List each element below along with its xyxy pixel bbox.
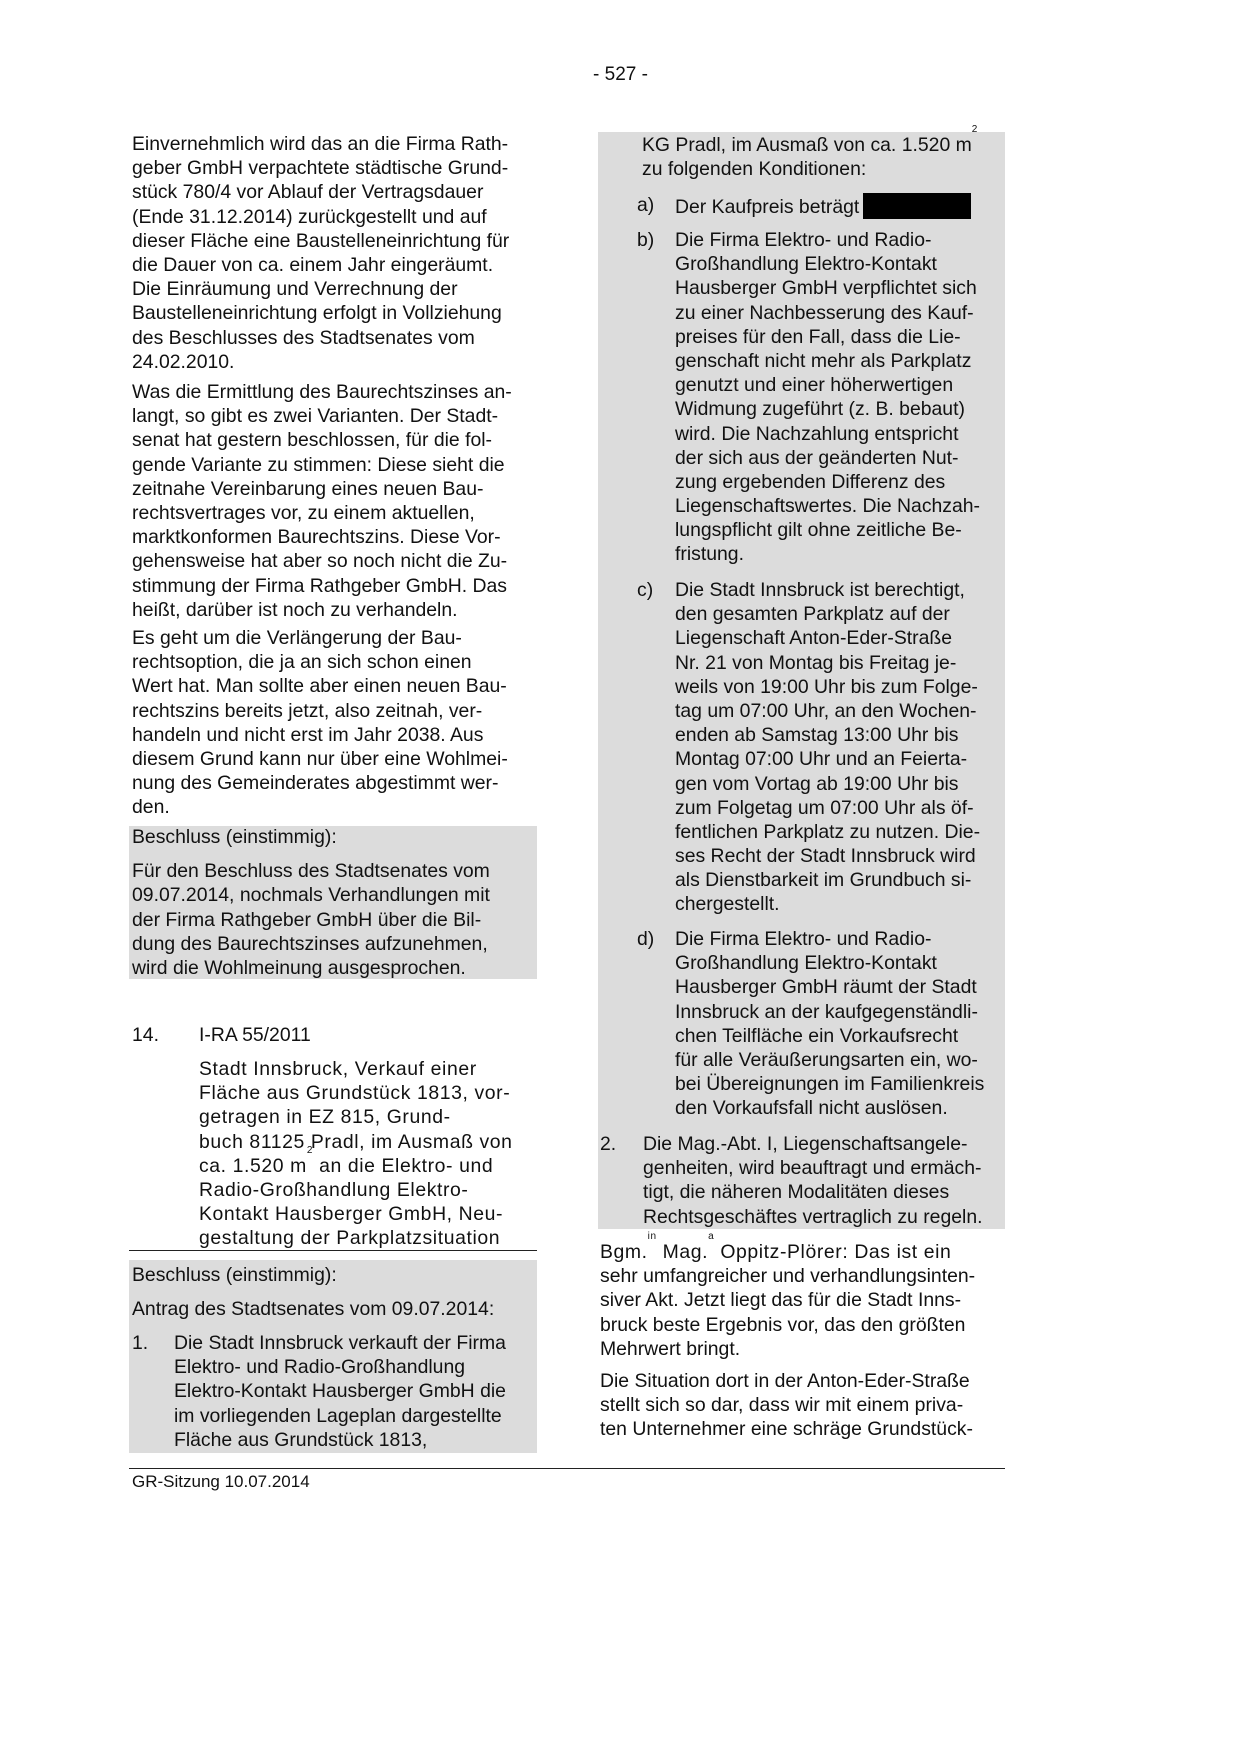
point-2: Die Mag.-Abt. I, Liegenschaftsangele- ge… [643, 1132, 983, 1229]
title-underline [129, 1250, 537, 1251]
agenda-item-number: 14. [132, 1023, 159, 1047]
text-line: zum Folgetag um 07:00 Uhr als öf- [675, 796, 980, 820]
text-line: Was die Ermittlung des Baurechtszinses a… [132, 380, 512, 404]
text-line: Radio-Großhandlung Elektro- [199, 1178, 513, 1202]
text-line: Großhandlung Elektro-Kontakt [675, 252, 980, 276]
speech-paragraph: Bgm.in Mag.a Oppitz-Plörer: Das ist ein … [600, 1240, 975, 1361]
text-line: Die Firma Elektro- und Radio- [675, 927, 984, 951]
text-line: ten Unternehmer eine schräge Grundstück- [600, 1417, 973, 1441]
text-fragment: ca. 1.520 m [199, 1155, 307, 1177]
page-number: - 527 - [0, 64, 1241, 86]
superscript: 2 [972, 124, 978, 135]
condition-b: Die Firma Elektro- und Radio- Großhandlu… [675, 228, 980, 567]
speaker-text: Oppitz-Plörer: Das ist ein [714, 1241, 951, 1263]
text-line: zung ergebenden Differenz des [675, 470, 980, 494]
text-line: Die Mag.-Abt. I, Liegenschaftsangele- [643, 1132, 983, 1156]
resolution-intro: Antrag des Stadtsenates vom 09.07.2014: [132, 1297, 494, 1321]
text-line: gestaltung der Parkplatzsituation [199, 1226, 513, 1250]
text-line: der sich aus der geänderten Nut- [675, 446, 980, 470]
text-line: Elektro-Kontakt Hausberger GmbH die [174, 1379, 506, 1403]
text-line: wird die Wohlmeinung ausgesprochen. [132, 956, 490, 980]
text-line: rechtsoption, die ja an sich schon einen [132, 650, 508, 674]
text-line: Fläche aus Grundstück 1813, vor- [199, 1081, 513, 1105]
text-line: Baustelleneinrichtung erfolgt in Vollzie… [132, 301, 509, 325]
text-line: die Dauer von ca. einem Jahr eingeräumt. [132, 253, 509, 277]
speaker-line: Bgm.in Mag.a Oppitz-Plörer: Das ist ein [600, 1240, 975, 1264]
text-line: Liegenschaftswertes. Die Nachzah- [675, 494, 980, 518]
text-line: zu folgenden Konditionen: [642, 157, 977, 181]
text-line: weils von 19:00 Uhr bis zum Folge- [675, 675, 980, 699]
text-line: Fläche aus Grundstück 1813, [174, 1428, 506, 1452]
text-line: den. [132, 795, 508, 819]
text-line: 24.02.2010. [132, 350, 509, 374]
text-line: diesem Grund kann nur über eine Wohlmei- [132, 747, 508, 771]
text-line: getragen in EZ 815, Grund- [199, 1105, 513, 1129]
point-1-number: 1. [132, 1331, 148, 1355]
text-line: tigt, die näheren Modalitäten dieses [643, 1180, 983, 1204]
text-line: gen vom Vortag ab 19:00 Uhr bis [675, 772, 980, 796]
condition-c-label: c) [637, 578, 653, 602]
text-line: stück 780/4 vor Ablauf der Vertragsdauer [132, 180, 509, 204]
closing-paragraph: Die Situation dort in der Anton-Eder-Str… [600, 1369, 973, 1442]
text-line: chergestellt. [675, 892, 980, 916]
text-line: lungspflicht gilt ohne zeitliche Be- [675, 518, 980, 542]
text-line: stellt sich so dar, dass wir mit einem p… [600, 1393, 973, 1417]
text-line: zu einer Nachbesserung des Kauf- [675, 301, 980, 325]
text-line: der Firma Rathgeber GmbH über die Bil- [132, 908, 490, 932]
text-line: fentlichen Parkplatz zu nutzen. Die- [675, 820, 980, 844]
condition-a-label: a) [637, 193, 654, 217]
text-line: ses Recht der Stadt Innsbruck wird [675, 844, 980, 868]
text-line: Stadt Innsbruck, Verkauf einer [199, 1057, 513, 1081]
resolution-heading: Beschluss (einstimmig): [132, 1263, 494, 1287]
text-line: tag um 07:00 Uhr, an den Wochen- [675, 699, 980, 723]
agenda-item-reference: I-RA 55/2011 [199, 1023, 311, 1047]
text-line: Hausberger GmbH räumt der Stadt [675, 975, 984, 999]
left-paragraph-1: Einvernehmlich wird das an die Firma Rat… [132, 132, 509, 374]
text-line: dung des Baurechtszinses aufzunehmen, [132, 932, 490, 956]
text-line: langt, so gibt es zwei Varianten. Der St… [132, 404, 512, 428]
text-line: Der Kaufpreis beträgt [675, 193, 971, 217]
text-line: Rechtsgeschäftes vertraglich zu regeln. [643, 1205, 983, 1229]
text-line: rechtszins bereits jetzt, also zeitnah, … [132, 699, 508, 723]
text-line: Elektro- und Radio-Großhandlung [174, 1355, 506, 1379]
text-line: heißt, darüber ist noch zu verhandeln. [132, 598, 512, 622]
text-line: (Ende 31.12.2014) zurückgestellt und auf [132, 205, 509, 229]
text-line: wird. Die Nachzahlung entspricht [675, 422, 980, 446]
text-line: preises für den Fall, dass die Lie- [675, 325, 980, 349]
text-line: Für den Beschluss des Stadtsenates vom [132, 859, 490, 883]
superscript: in [648, 1231, 657, 1242]
footer-rule [129, 1468, 1005, 1469]
text-line: des Beschlusses des Stadtsenates vom [132, 326, 509, 350]
text-line: bei Übereignungen im Familienkreis [675, 1072, 984, 1096]
text-line: genutzt und einer höherwertigen [675, 373, 980, 397]
text-line: Widmung zugeführt (z. B. bebaut) [675, 397, 980, 421]
text-line: genheiten, wird beauftragt und ermäch- [643, 1156, 983, 1180]
text-line: Liegenschaft Anton-Eder-Straße [675, 626, 980, 650]
text-line: Montag 07:00 Uhr und an Feierta- [675, 747, 980, 771]
text-line: Es geht um die Verlängerung der Bau- [132, 626, 508, 650]
text-line: geber GmbH verpachtete städtische Grund- [132, 156, 509, 180]
text-line: Die Einräumung und Verrechnung der [132, 277, 509, 301]
text-line: dieser Fläche eine Baustelleneinrichtung… [132, 229, 509, 253]
text-fragment: Der Kaufpreis beträgt [675, 196, 859, 218]
text-line: stimmung der Firma Rathgeber GmbH. Das [132, 574, 512, 598]
condition-a: Der Kaufpreis beträgt [675, 193, 971, 217]
text-line: Kontakt Hausberger GmbH, Neu- [199, 1202, 513, 1226]
redaction-block [863, 193, 971, 219]
text-line: siver Akt. Jetzt liegt das für die Stadt… [600, 1288, 975, 1312]
text-line: Nr. 21 von Montag bis Freitag je- [675, 651, 980, 675]
left-paragraph-3: Es geht um die Verlängerung der Bau- rec… [132, 626, 508, 820]
text-line: Innsbruck an der kaufgegenständli- [675, 1000, 984, 1024]
condition-b-label: b) [637, 228, 654, 252]
text-line: bruck beste Ergebnis vor, das den größte… [600, 1313, 975, 1337]
resolution-2: Beschluss (einstimmig): Antrag des Stadt… [132, 1263, 494, 1331]
text-line: den gesamten Parkplatz auf der [675, 602, 980, 626]
text-line: Wert hat. Man sollte aber einen neuen Ba… [132, 674, 508, 698]
text-line: Die Stadt Innsbruck verkauft der Firma [174, 1331, 506, 1355]
condition-c: Die Stadt Innsbruck ist berechtigt, den … [675, 578, 980, 917]
agenda-item-title: Stadt Innsbruck, Verkauf einer Fläche au… [199, 1057, 513, 1251]
superscript: 2 [307, 1145, 313, 1156]
text-line: rechtsvertrages vor, zu einem aktuellen, [132, 501, 512, 525]
text-line: chen Teilfläche ein Vorkaufsrecht [675, 1024, 984, 1048]
point-2-label: 2. [600, 1132, 616, 1156]
superscript: a [708, 1231, 714, 1242]
condition-d: Die Firma Elektro- und Radio- Großhandlu… [675, 927, 984, 1121]
text-line: KG Pradl, im Ausmaß von ca. 1.520 m2 [642, 133, 977, 157]
condition-d-label: d) [637, 927, 654, 951]
point-1-text: Die Stadt Innsbruck verkauft der Firma E… [174, 1331, 506, 1452]
continued-text: KG Pradl, im Ausmaß von ca. 1.520 m2 zu … [642, 133, 977, 181]
text-line: 09.07.2014, nochmals Verhandlungen mit [132, 883, 490, 907]
text-line: im vorliegenden Lageplan dargestellte [174, 1404, 506, 1428]
text-line: Die Situation dort in der Anton-Eder-Str… [600, 1369, 973, 1393]
text-line: handeln und nicht erst im Jahr 2038. Aus [132, 723, 508, 747]
text-line: ca. 1.520 m2 an die Elektro- und [199, 1154, 513, 1178]
text-line: Mehrwert bringt. [600, 1337, 975, 1361]
speaker-title: Bgm. [600, 1241, 648, 1263]
text-line: Großhandlung Elektro-Kontakt [675, 951, 984, 975]
text-fragment: an die Elektro- und [313, 1155, 493, 1177]
text-line: genschaft nicht mehr als Parkplatz [675, 349, 980, 373]
text-fragment: KG Pradl, im Ausmaß von ca. 1.520 m [642, 134, 972, 156]
speaker-title: Mag. [657, 1241, 709, 1263]
text-line: senat hat gestern beschlossen, für die f… [132, 428, 512, 452]
text-line: den Vorkaufsfall nicht auslösen. [675, 1096, 984, 1120]
footer-text: GR-Sitzung 10.07.2014 [132, 1472, 310, 1492]
text-line: gehensweise hat aber so noch nicht die Z… [132, 549, 512, 573]
text-line: fristung. [675, 542, 980, 566]
text-line: marktkonformen Baurechtszins. Diese Vor- [132, 525, 512, 549]
text-line: als Dienstbarkeit im Grundbuch si- [675, 868, 980, 892]
text-line: enden ab Samstag 13:00 Uhr bis [675, 723, 980, 747]
text-line: zeitnahe Vereinbarung eines neuen Bau- [132, 477, 512, 501]
text-line: Hausberger GmbH verpflichtet sich [675, 276, 980, 300]
text-line: Die Firma Elektro- und Radio- [675, 228, 980, 252]
resolution-heading: Beschluss (einstimmig): [132, 825, 490, 849]
text-line: buch 81125 Pradl, im Ausmaß von [199, 1130, 513, 1154]
resolution-1: Beschluss (einstimmig): Für den Beschlus… [132, 825, 490, 980]
text-line: für alle Veräußerungsarten ein, wo- [675, 1048, 984, 1072]
text-line: nung des Gemeinderates abgestimmt wer- [132, 771, 508, 795]
text-line: sehr umfangreicher und verhandlungsinten… [600, 1264, 975, 1288]
text-line: Einvernehmlich wird das an die Firma Rat… [132, 132, 509, 156]
text-line: Die Stadt Innsbruck ist berechtigt, [675, 578, 980, 602]
text-line: gende Variante zu stimmen: Diese sieht d… [132, 453, 512, 477]
left-paragraph-2: Was die Ermittlung des Baurechtszinses a… [132, 380, 512, 622]
